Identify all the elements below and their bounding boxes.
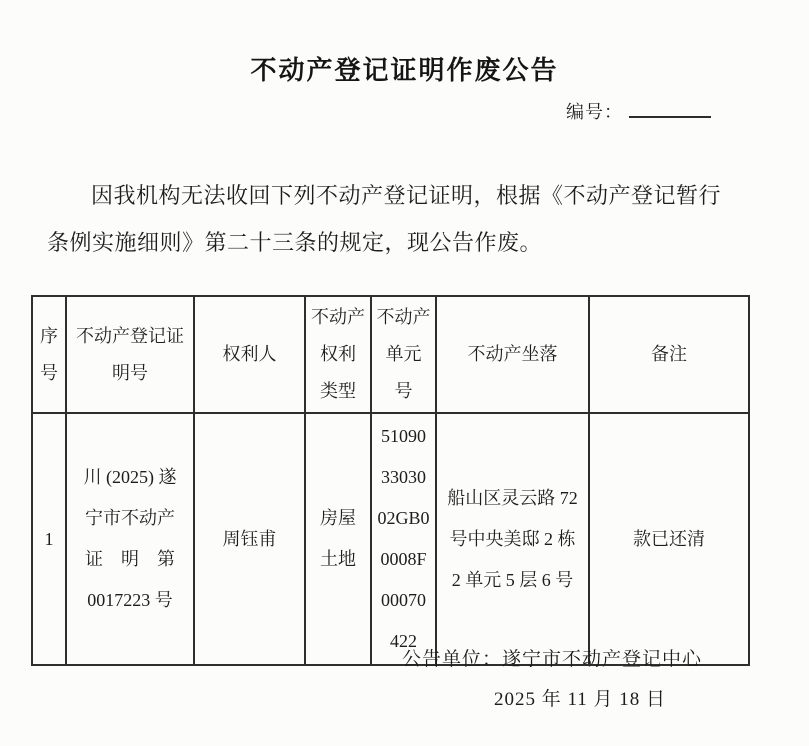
notice-body-text: 因我机构无法收回下列不动产登记证明，根据《不动产登记暂行 条例实施细则》第二十三… <box>47 172 737 266</box>
serial-number-blank <box>629 100 711 118</box>
header-seq: 序 号 <box>32 296 66 413</box>
header-remark: 备注 <box>589 296 749 413</box>
cell-remark: 款已还清 <box>589 413 749 665</box>
notice-page: 不动产登记证明作废公告 编号： 因我机构无法收回下列不动产登记证明，根据《不动产… <box>0 0 809 746</box>
cell-unit-no: 51090 33030 02GB0 0008F 00070 422 <box>371 413 436 665</box>
footer-issuer-name: 遂宁市不动产登记中心 <box>502 649 702 670</box>
header-right-type: 不动产 权利 类型 <box>305 296 371 413</box>
table-row: 1 川 (2025) 遂 宁市不动产 证 明 第 0017223 号 周钰甫 房… <box>32 413 749 665</box>
footer-date: 2025 年 11 月 18 日 <box>494 684 666 711</box>
serial-number-label: 编号： <box>566 102 623 122</box>
certificates-table: 序 号 不动产登记证 明号 权利人 不动产 权利 类型 不动产 单元 号 不动产… <box>31 295 750 666</box>
footer-issuer-label: 公告单位： <box>402 649 502 670</box>
footer-issuer-line: 公告单位：遂宁市不动产登记中心 <box>402 644 702 671</box>
cell-holder: 周钰甫 <box>194 413 305 665</box>
serial-number-row: 编号： <box>566 98 711 124</box>
cell-location: 船山区灵云路 72 号中央美邸 2 栋 2 单元 5 层 6 号 <box>436 413 589 665</box>
table-header-row: 序 号 不动产登记证 明号 权利人 不动产 权利 类型 不动产 单元 号 不动产… <box>32 296 749 413</box>
header-location: 不动产坐落 <box>436 296 589 413</box>
header-cert-no: 不动产登记证 明号 <box>66 296 194 413</box>
header-holder: 权利人 <box>194 296 305 413</box>
cell-cert-no: 川 (2025) 遂 宁市不动产 证 明 第 0017223 号 <box>66 413 194 665</box>
header-unit-no: 不动产 单元 号 <box>371 296 436 413</box>
cell-right-type: 房屋 土地 <box>305 413 371 665</box>
notice-title: 不动产登记证明作废公告 <box>0 50 809 87</box>
cell-seq: 1 <box>32 413 66 665</box>
